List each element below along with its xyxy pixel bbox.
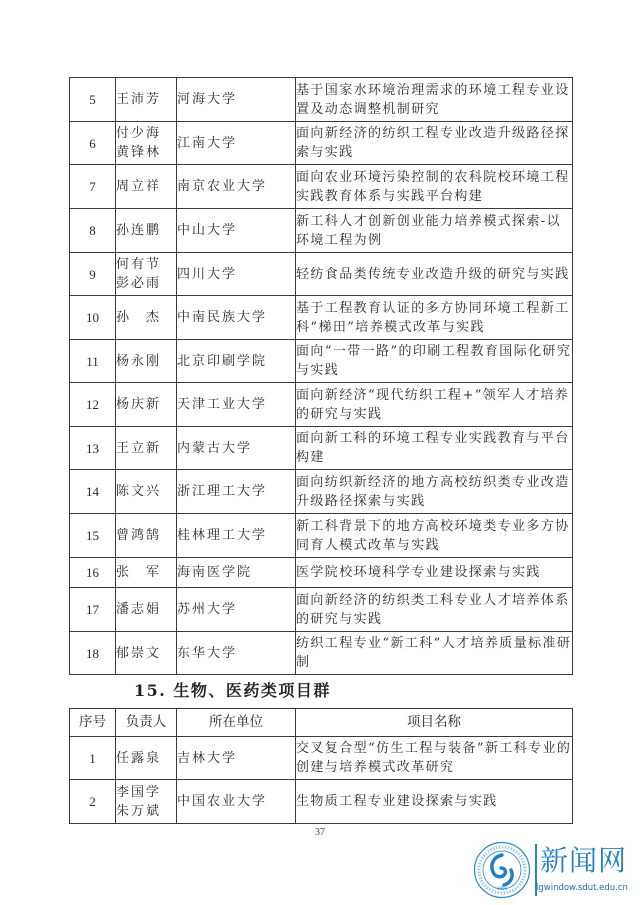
section-heading-bio-medicine: 15. 生物、医药类项目群 — [134, 678, 331, 701]
project-table-continued: 5王沛芳河海大学基于国家水环境治理需求的环境工程专业设置及动态调整机制研究6付少… — [69, 77, 573, 675]
row-number: 16 — [70, 558, 116, 588]
row-lead: 王立新 — [116, 427, 177, 470]
table-row: 18郁崇文东华大学纺织工程专业“新工科”人才培养质量标准研制 — [70, 632, 573, 675]
header-project: 项目名称 — [296, 709, 573, 737]
row-unit: 北京印刷学院 — [177, 340, 296, 383]
row-lead: 曾鸿鹄 — [116, 514, 177, 558]
row-unit: 东华大学 — [177, 632, 296, 675]
table-row: 1任露泉吉林大学交叉复合型“仿生工程与装备”新工科专业的创建与培养模式改革研究 — [70, 737, 573, 780]
table-row: 5王沛芳河海大学基于国家水环境治理需求的环境工程专业设置及动态调整机制研究 — [70, 78, 573, 122]
row-lead: 张 军 — [116, 558, 177, 588]
row-unit: 内蒙古大学 — [177, 427, 296, 470]
row-unit: 吉林大学 — [177, 737, 296, 780]
row-number: 9 — [70, 253, 116, 296]
table-row: 15曾鸿鹄桂林理工大学新工科背景下的地方高校环境类专业多方协同育人模式改革与实践 — [70, 514, 573, 558]
row-unit: 海南医学院 — [177, 558, 296, 588]
row-lead: 孙连鹏 — [116, 209, 177, 253]
row-number: 17 — [70, 588, 116, 632]
university-logo-icon: 1956 — [473, 841, 531, 899]
watermark-url: lgwindow.sdut.edu.cn — [536, 883, 628, 893]
row-lead: 付少海黄锋林 — [116, 122, 177, 165]
row-project: 面向新工科的环境工程专业实践教育与平台构建 — [296, 427, 573, 470]
row-project: 新工科人才创新创业能力培养模式探索-以环境工程为例 — [296, 209, 573, 253]
row-project: 纺织工程专业“新工科”人才培养质量标准研制 — [296, 632, 573, 675]
row-unit: 中国农业大学 — [177, 780, 296, 824]
table-row: 13王立新内蒙古大学面向新工科的环境工程专业实践教育与平台构建 — [70, 427, 573, 470]
row-number: 2 — [70, 780, 116, 824]
table-row: 12杨庆新天津工业大学面向新经济“现代纺织工程+”领军人才培养的研究与实践 — [70, 383, 573, 427]
row-unit: 中南民族大学 — [177, 296, 296, 340]
row-project: 面向农业环境污染控制的农科院校环境工程实践教育体系与实践平台构建 — [296, 165, 573, 209]
row-number: 10 — [70, 296, 116, 340]
row-lead: 李国学朱万斌 — [116, 780, 177, 824]
row-number: 12 — [70, 383, 116, 427]
row-lead: 潘志娟 — [116, 588, 177, 632]
page-number: 37 — [0, 827, 640, 838]
row-number: 7 — [70, 165, 116, 209]
header-lead: 负责人 — [116, 709, 177, 737]
row-lead: 杨永刚 — [116, 340, 177, 383]
project-table-body: 1任露泉吉林大学交叉复合型“仿生工程与装备”新工科专业的创建与培养模式改革研究2… — [70, 737, 573, 824]
row-lead: 陈文兴 — [116, 470, 177, 514]
table-row: 11杨永刚北京印刷学院面向“一带一路”的印刷工程教育国际化研究与实践 — [70, 340, 573, 383]
row-lead: 何有节彭必雨 — [116, 253, 177, 296]
header-no: 序号 — [70, 709, 116, 737]
table-row: 10孙 杰中南民族大学基于工程教育认证的多方协同环境工程新工科“梯田”培养模式改… — [70, 296, 573, 340]
table-row: 9何有节彭必雨四川大学轻纺食品类传统专业改造升级的研究与实践 — [70, 253, 573, 296]
table-row: 6付少海黄锋林江南大学面向新经济的纺织工程专业改造升级路径探索与实践 — [70, 122, 573, 165]
row-number: 6 — [70, 122, 116, 165]
row-lead: 孙 杰 — [116, 296, 177, 340]
project-table-bio-medicine: 序号 负责人 所在单位 项目名称 1任露泉吉林大学交叉复合型“仿生工程与装备”新… — [69, 708, 573, 824]
row-lead: 任露泉 — [116, 737, 177, 780]
table-row: 8孙连鹏中山大学新工科人才创新创业能力培养模式探索-以环境工程为例 — [70, 209, 573, 253]
row-number: 15 — [70, 514, 116, 558]
table-row: 2李国学朱万斌中国农业大学生物质工程专业建设探索与实践 — [70, 780, 573, 824]
table-row: 17潘志娟苏州大学面向新经济的纺织类工科专业人才培养体系的研究与实践 — [70, 588, 573, 632]
row-unit: 浙江理工大学 — [177, 470, 296, 514]
news-site-watermark: 1956 新闻网 lgwindow.sdut.edu.cn — [470, 838, 635, 903]
row-unit: 江南大学 — [177, 122, 296, 165]
row-lead: 周立祥 — [116, 165, 177, 209]
header-unit: 所在单位 — [177, 709, 296, 737]
row-project: 医学院校环境科学专业建设探索与实践 — [296, 558, 573, 588]
row-lead: 杨庆新 — [116, 383, 177, 427]
table-row: 7周立祥南京农业大学面向农业环境污染控制的农科院校环境工程实践教育体系与实践平台… — [70, 165, 573, 209]
row-project: 面向纺织新经济的地方高校纺织类专业改造升级路径探索与实践 — [296, 470, 573, 514]
row-unit: 四川大学 — [177, 253, 296, 296]
row-lead: 郁崇文 — [116, 632, 177, 675]
svg-text:1956: 1956 — [497, 886, 508, 891]
row-number: 1 — [70, 737, 116, 780]
row-project: 轻纺食品类传统专业改造升级的研究与实践 — [296, 253, 573, 296]
table-row: 16张 军海南医学院医学院校环境科学专业建设探索与实践 — [70, 558, 573, 588]
row-unit: 天津工业大学 — [177, 383, 296, 427]
row-unit: 中山大学 — [177, 209, 296, 253]
row-unit: 桂林理工大学 — [177, 514, 296, 558]
row-number: 13 — [70, 427, 116, 470]
row-project: 面向新经济的纺织工程专业改造升级路径探索与实践 — [296, 122, 573, 165]
table-header-row: 序号 负责人 所在单位 项目名称 — [70, 709, 573, 737]
row-project: 面向“一带一路”的印刷工程教育国际化研究与实践 — [296, 340, 573, 383]
row-project: 生物质工程专业建设探索与实践 — [296, 780, 573, 824]
row-unit: 南京农业大学 — [177, 165, 296, 209]
watermark-title: 新闻网 — [540, 844, 627, 878]
project-table-body: 5王沛芳河海大学基于国家水环境治理需求的环境工程专业设置及动态调整机制研究6付少… — [70, 78, 573, 675]
row-number: 14 — [70, 470, 116, 514]
row-project: 面向新经济“现代纺织工程+”领军人才培养的研究与实践 — [296, 383, 573, 427]
row-project: 基于国家水环境治理需求的环境工程专业设置及动态调整机制研究 — [296, 78, 573, 122]
row-number: 5 — [70, 78, 116, 122]
row-unit: 河海大学 — [177, 78, 296, 122]
row-project: 面向新经济的纺织类工科专业人才培养体系的研究与实践 — [296, 588, 573, 632]
row-project: 交叉复合型“仿生工程与装备”新工科专业的创建与培养模式改革研究 — [296, 737, 573, 780]
row-number: 18 — [70, 632, 116, 675]
row-number: 11 — [70, 340, 116, 383]
row-lead: 王沛芳 — [116, 78, 177, 122]
table-row: 14陈文兴浙江理工大学面向纺织新经济的地方高校纺织类专业改造升级路径探索与实践 — [70, 470, 573, 514]
row-project: 新工科背景下的地方高校环境类专业多方协同育人模式改革与实践 — [296, 514, 573, 558]
row-number: 8 — [70, 209, 116, 253]
row-project: 基于工程教育认证的多方协同环境工程新工科“梯田”培养模式改革与实践 — [296, 296, 573, 340]
row-unit: 苏州大学 — [177, 588, 296, 632]
